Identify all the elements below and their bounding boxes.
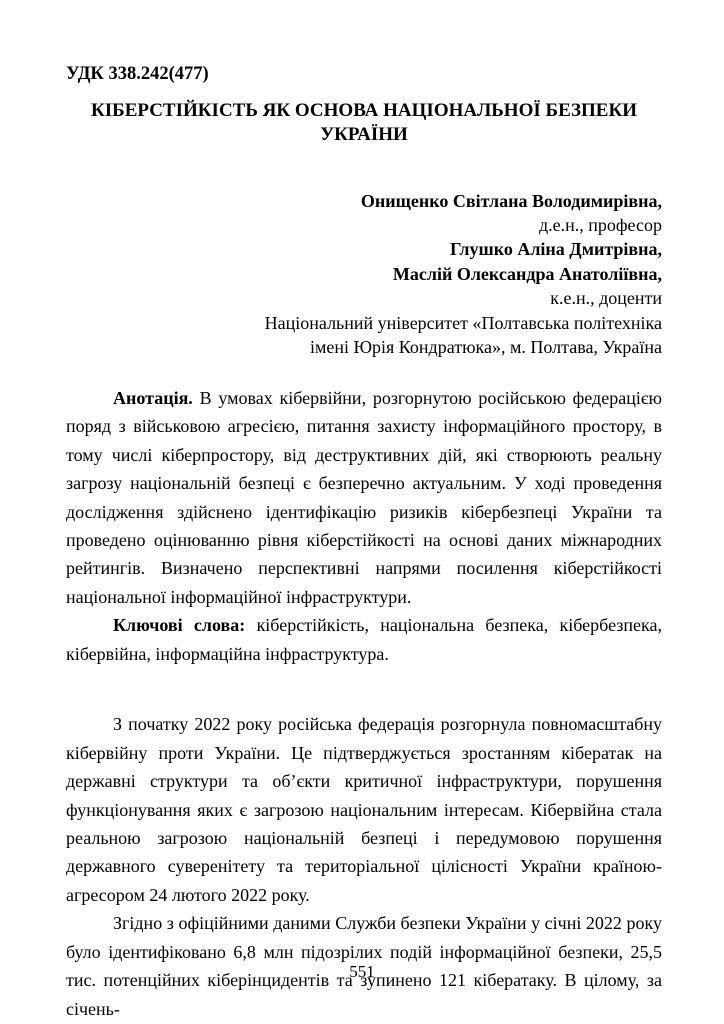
abstract-text: В умовах кібервійни, розгорнутою російсь… xyxy=(66,388,662,607)
udc-code: УДК 338.242(477) xyxy=(66,62,662,86)
document-page: УДК 338.242(477) КІБЕРСТІЙКІСТЬ ЯК ОСНОВ… xyxy=(0,0,724,1024)
author-name-3: Маслій Олександра Анатоліївна, xyxy=(66,262,662,286)
body-paragraph-1: З початку 2022 року російська федерація … xyxy=(66,710,662,909)
affiliation-line-2: імені Юрія Кондратюка», м. Полтава, Укра… xyxy=(66,335,662,359)
page-number: 551 xyxy=(0,962,724,982)
affiliation-line-1: Національний університет «Полтавська пол… xyxy=(66,311,662,335)
author-degree-1: д.е.н., професор xyxy=(66,213,662,237)
author-name-1: Онищенко Світлана Володимирівна, xyxy=(66,189,662,213)
author-name-2: Глушко Аліна Дмитрівна, xyxy=(66,237,662,261)
keywords-paragraph: Ключові слова: кіберстійкість, національ… xyxy=(66,611,662,668)
keywords-label: Ключові слова: xyxy=(113,615,245,635)
abstract-label: Анотація. xyxy=(113,388,193,408)
author-degree-2: к.е.н., доценти xyxy=(66,286,662,310)
abstract-paragraph: Анотація. В умовах кібервійни, розгорнут… xyxy=(66,384,662,612)
article-title: КІБЕРСТІЙКІСТЬ ЯК ОСНОВА НАЦІОНАЛЬНОЇ БЕ… xyxy=(70,99,658,147)
authors-block: Онищенко Світлана Володимирівна, д.е.н.,… xyxy=(66,189,662,360)
